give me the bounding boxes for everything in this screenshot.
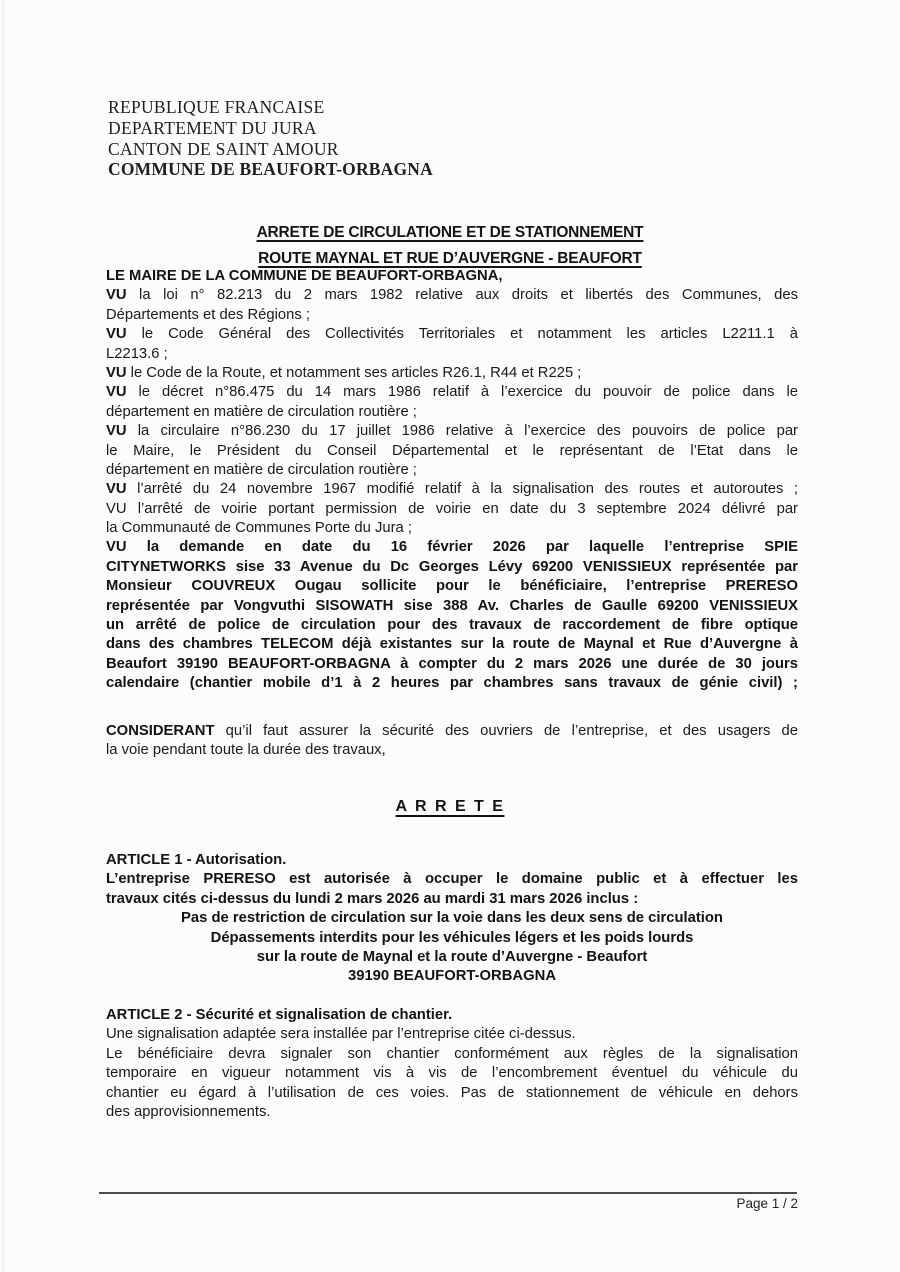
article-2-line: Le bénéficiaire devra signaler son chant… (106, 1045, 798, 1064)
preamble-line: L2213.6 ; (106, 345, 798, 364)
article-1-line: L’entreprise PRERESO est autorisée à occ… (106, 870, 798, 889)
preamble-line: Monsieur COUVREUX Ougau sollicite pour l… (106, 577, 798, 596)
article-2-line: chantier eu égard à l’utilisation de ces… (106, 1084, 798, 1103)
preamble-line: VU le Code Général des Collectivités Ter… (106, 325, 798, 344)
article-2-section: ARTICLE 2 - Sécurité et signalisation de… (106, 1006, 798, 1122)
article-1-line: 39190 BEAUFORT-ORBAGNA (106, 967, 798, 986)
preamble-line: VU le Code de la Route, et notamment ses… (106, 364, 798, 383)
preamble-line: Départements et des Régions ; (106, 306, 798, 325)
preamble-section: LE MAIRE DE LA COMMUNE DE BEAUFORT-ORBAG… (106, 267, 798, 694)
preamble-line: LE MAIRE DE LA COMMUNE DE BEAUFORT-ORBAG… (106, 267, 798, 286)
article-2-line: Une signalisation adaptée sera installée… (106, 1025, 798, 1044)
article-1-section: ARTICLE 1 - Autorisation. L’entreprise P… (106, 851, 798, 987)
preamble-line: VU la demande en date du 16 février 2026… (106, 538, 798, 557)
preamble-line: département en matière de circulation ro… (106, 461, 798, 480)
article-1-heading: ARTICLE 1 - Autorisation. (106, 851, 798, 870)
document-page: REPUBLIQUE FRANCAISE DEPARTEMENT DU JURA… (0, 0, 900, 1272)
considerant-line: la voie pendant toute la durée des trava… (106, 741, 798, 760)
preamble-line: calendaire (chantier mobile d’1 à 2 heur… (106, 674, 798, 693)
preamble-line: le Maire, le Président du Conseil Départ… (106, 442, 798, 461)
article-1-line: sur la route de Maynal et la route d’Auv… (106, 948, 798, 967)
preamble-line: VU l’arrêté de voirie portant permission… (106, 500, 798, 519)
article-1-line: Pas de restriction de circulation sur la… (106, 909, 798, 928)
considerant-section: CONSIDERANT qu’il faut assurer la sécuri… (106, 722, 798, 761)
article-1-line: travaux cités ci-dessus du lundi 2 mars … (106, 890, 798, 909)
considerant-line: CONSIDERANT qu’il faut assurer la sécuri… (106, 722, 798, 741)
article-1-line: Dépassements interdits pour les véhicule… (106, 929, 798, 948)
footer-rule (99, 1192, 797, 1194)
preamble-line: département en matière de circulation ro… (106, 403, 798, 422)
letterhead-line-departement: DEPARTEMENT DU JURA (108, 118, 433, 139)
article-2-line: temporaire en vigueur notamment vis à vi… (106, 1064, 798, 1083)
letterhead: REPUBLIQUE FRANCAISE DEPARTEMENT DU JURA… (108, 97, 433, 180)
arrete-heading: A R R E T E (0, 798, 900, 816)
preamble-line: VU l’arrêté du 24 novembre 1967 modifié … (106, 480, 798, 499)
title-line-1: ARRETE DE CIRCULATIONE ET DE STATIONNEME… (0, 220, 900, 246)
article-2-line: des approvisionnements. (106, 1103, 798, 1122)
letterhead-line-canton: CANTON DE SAINT AMOUR (108, 139, 433, 160)
preamble-line: VU la loi n° 82.213 du 2 mars 1982 relat… (106, 286, 798, 305)
preamble-line: Beaufort 39190 BEAUFORT-ORBAGNA à compte… (106, 655, 798, 674)
preamble-line: la Communauté de Communes Porte du Jura … (106, 519, 798, 538)
preamble-line: un arrêté de police de circulation pour … (106, 616, 798, 635)
letterhead-line-republique: REPUBLIQUE FRANCAISE (108, 97, 433, 118)
document-title: ARRETE DE CIRCULATIONE ET DE STATIONNEME… (0, 220, 900, 272)
preamble-line: représentée par Vongvuthi SISOWATH sise … (106, 597, 798, 616)
scan-edge-artifact (2, 0, 4, 1272)
footer-page-number: Page 1 / 2 (106, 1196, 798, 1211)
preamble-line: CITYNETWORKS sise 33 Avenue du Dc George… (106, 558, 798, 577)
preamble-line: VU la circulaire n°86.230 du 17 juillet … (106, 422, 798, 441)
letterhead-line-commune: COMMUNE DE BEAUFORT-ORBAGNA (108, 159, 433, 180)
preamble-line: dans des chambres TELECOM déjà existante… (106, 635, 798, 654)
preamble-line: VU le décret n°86.475 du 14 mars 1986 re… (106, 383, 798, 402)
article-2-heading: ARTICLE 2 - Sécurité et signalisation de… (106, 1006, 798, 1025)
